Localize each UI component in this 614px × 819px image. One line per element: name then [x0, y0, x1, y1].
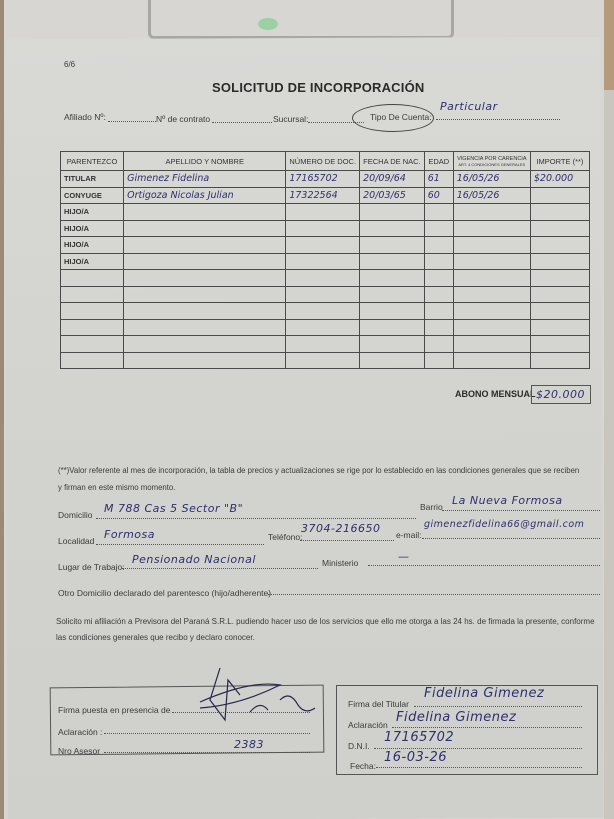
cell-importe[interactable]: [530, 237, 589, 254]
domicilio-field[interactable]: [96, 518, 416, 519]
cell-parentezco: [61, 336, 124, 353]
localidad-label: Localidad: [58, 536, 94, 546]
cell-parentezco: [61, 303, 124, 320]
cell-nombre[interactable]: [124, 352, 286, 369]
ministerio-field[interactable]: [368, 565, 600, 566]
cell-vigencia[interactable]: [453, 220, 530, 237]
dni-field[interactable]: [374, 748, 582, 749]
cell-nombre[interactable]: [124, 319, 286, 336]
cell-importe[interactable]: [530, 336, 589, 353]
declaration-line-2: las condiciones generales que recibo y d…: [56, 633, 255, 642]
cell-edad[interactable]: [424, 237, 453, 254]
cell-nombre[interactable]: Gimenez Fidelina: [124, 171, 286, 188]
cell-nombre[interactable]: Ortigoza Nicolas Julian: [124, 187, 286, 204]
titular-aclaracion-field[interactable]: [392, 727, 582, 728]
table-row: [61, 319, 590, 336]
cell-edad[interactable]: [424, 270, 453, 287]
table-row: [61, 336, 590, 353]
telefono-label: Teléfono:: [268, 532, 303, 542]
cell-vigencia[interactable]: [453, 204, 530, 221]
cell-doc[interactable]: [286, 204, 360, 221]
localidad-value: Formosa: [104, 528, 155, 541]
table-row: HIJO/A: [61, 253, 590, 270]
fecha-field[interactable]: [376, 767, 582, 768]
cell-fecha_nac[interactable]: [360, 319, 425, 336]
trabajo-label: Lugar de Trabajo:: [58, 562, 125, 572]
otro-domicilio-field[interactable]: [268, 594, 600, 595]
note-line-1: (**)Valor referente al mes de incorporac…: [58, 466, 579, 475]
cell-nombre[interactable]: [124, 204, 286, 221]
cell-doc[interactable]: [286, 303, 360, 320]
cell-fecha_nac[interactable]: 20/09/64: [360, 171, 425, 188]
col-edad: EDAD: [424, 152, 453, 171]
cell-edad[interactable]: [424, 336, 453, 353]
cell-nombre[interactable]: [124, 270, 286, 287]
afiliado-label: Afiliado Nº:: [64, 112, 106, 122]
cell-fecha_nac[interactable]: [360, 286, 425, 303]
domicilio-label: Domicilio: [58, 510, 92, 520]
cell-edad[interactable]: 61: [424, 171, 453, 188]
cell-doc[interactable]: 17322564: [286, 187, 360, 204]
tipo-cuenta-value: Particular: [440, 100, 498, 113]
cell-parentezco: HIJO/A: [61, 204, 124, 221]
cell-doc[interactable]: 17165702: [286, 171, 360, 188]
dni-value: 17165702: [384, 730, 454, 745]
cell-parentezco: [61, 270, 124, 287]
cell-vigencia[interactable]: [453, 352, 530, 369]
cell-importe[interactable]: [530, 253, 589, 270]
tipo-cuenta-label: Tipo De Cuenta:: [370, 112, 432, 122]
cell-vigencia[interactable]: [453, 270, 530, 287]
titular-aclaracion-value: Fidelina Gimenez: [396, 710, 516, 725]
dni-label: D.N.I.: [348, 741, 370, 751]
sucursal-label: Sucursal:: [273, 114, 308, 124]
titular-firma-label: Firma del Titular: [348, 699, 409, 709]
cell-edad[interactable]: [424, 352, 453, 369]
cell-nombre[interactable]: [124, 237, 286, 254]
tipo-cuenta-field[interactable]: [436, 119, 560, 120]
family-table: PARENTEZCO APELLIDO Y NOMBRE NÚMERO DE D…: [60, 151, 590, 369]
nro-asesor-value: 2383: [234, 738, 264, 751]
cell-importe[interactable]: [530, 303, 589, 320]
cell-doc[interactable]: [286, 319, 360, 336]
table-row: HIJO/A: [61, 237, 590, 254]
trabajo-value: Pensionado Nacional: [132, 553, 256, 566]
table-row: CONYUGEOrtigoza Nicolas Julian1732256420…: [61, 187, 590, 204]
cell-edad[interactable]: [424, 319, 453, 336]
cell-nombre[interactable]: [124, 303, 286, 320]
cell-doc[interactable]: [286, 336, 360, 353]
cell-importe[interactable]: [530, 352, 589, 369]
table-row: [61, 270, 590, 287]
page-title: SOLICITUD DE INCORPORACIÓN: [212, 80, 424, 95]
cell-fecha_nac[interactable]: [360, 352, 425, 369]
cell-fecha_nac[interactable]: [360, 303, 425, 320]
cell-vigencia[interactable]: [453, 336, 530, 353]
col-doc: NÚMERO DE DOC.: [286, 152, 360, 171]
cell-vigencia[interactable]: [453, 237, 530, 254]
cell-nombre[interactable]: [124, 336, 286, 353]
cell-importe[interactable]: [530, 270, 589, 287]
table-row: HIJO/A: [61, 204, 590, 221]
cell-parentezco: [61, 286, 124, 303]
cell-importe[interactable]: [530, 220, 589, 237]
cell-parentezco: [61, 352, 124, 369]
cell-doc[interactable]: [286, 220, 360, 237]
titular-firma-field[interactable]: [414, 706, 582, 707]
email-field[interactable]: [422, 538, 600, 539]
otro-domicilio-label: Otro Domicilio declarado del parentesco …: [58, 588, 271, 598]
nro-asesor-label: Nro Asesor: [58, 746, 100, 756]
col-nombre: APELLIDO Y NOMBRE: [124, 152, 286, 171]
trabajo-field[interactable]: [122, 568, 318, 569]
cell-parentezco: HIJO/A: [61, 253, 124, 270]
asesor-signature: [180, 660, 320, 730]
table-row: [61, 303, 590, 320]
cell-vigencia[interactable]: [453, 253, 530, 270]
titular-firma-value: Fidelina Gimenez: [424, 686, 544, 701]
cell-fecha_nac[interactable]: [360, 336, 425, 353]
cell-importe[interactable]: [530, 187, 589, 204]
email-label: e-mail:: [396, 530, 422, 540]
cell-edad[interactable]: [424, 220, 453, 237]
cell-fecha_nac[interactable]: 20/03/65: [360, 187, 425, 204]
table-row: [61, 352, 590, 369]
cell-parentezco: HIJO/A: [61, 237, 124, 254]
cell-parentezco: [61, 319, 124, 336]
cell-importe[interactable]: [530, 319, 589, 336]
clip-stamp-icon: [258, 18, 278, 30]
telefono-value: 3704-216650: [301, 522, 380, 535]
localidad-field[interactable]: [96, 544, 264, 545]
col-fecha-nac: FECHA DE NAC.: [360, 152, 425, 171]
cell-nombre[interactable]: [124, 253, 286, 270]
cell-importe[interactable]: [530, 286, 589, 303]
cell-vigencia[interactable]: 16/05/26: [453, 171, 530, 188]
afiliado-field[interactable]: [108, 121, 156, 122]
col-parentezco: PARENTEZCO: [61, 152, 124, 171]
cell-importe[interactable]: [530, 204, 589, 221]
contrato-label: Nº de contrato: [156, 114, 210, 124]
cell-fecha_nac[interactable]: [360, 253, 425, 270]
cell-doc[interactable]: [286, 237, 360, 254]
table-row: [61, 286, 590, 303]
cell-edad[interactable]: [424, 204, 453, 221]
cell-doc[interactable]: [286, 270, 360, 287]
page-number: 6/6: [64, 60, 75, 69]
cell-edad[interactable]: [424, 286, 453, 303]
cell-nombre[interactable]: [124, 286, 286, 303]
cell-vigencia[interactable]: [453, 286, 530, 303]
table-row: HIJO/A: [61, 220, 590, 237]
clipboard-clip: [148, 0, 454, 39]
barrio-value: La Nueva Formosa: [452, 494, 563, 507]
col-vigencia-subtitle: ART. 4 CONDICIONES GENERALES: [457, 162, 527, 167]
table-row: TITULARGimenez Fidelina1716570220/09/646…: [61, 171, 590, 188]
cell-edad[interactable]: 60: [424, 187, 453, 204]
col-vigencia-title: VIGENCIA POR CARENCIA: [457, 156, 526, 162]
cell-doc[interactable]: [286, 352, 360, 369]
asesor-firma-label: Firma puesta en presencia de: [58, 705, 170, 715]
cell-parentezco: CONYUGE: [61, 187, 124, 204]
nro-asesor-field[interactable]: [104, 752, 310, 753]
cell-edad[interactable]: [424, 303, 453, 320]
cell-nombre[interactable]: [124, 220, 286, 237]
abono-mensual-value: $20.000: [536, 388, 585, 401]
fecha-label: Fecha:: [350, 761, 376, 771]
cell-edad[interactable]: [424, 253, 453, 270]
ministerio-label: Ministerio: [322, 558, 358, 568]
domicilio-value: M 788 Cas 5 Sector "B": [104, 502, 243, 515]
contrato-field[interactable]: [212, 122, 272, 123]
telefono-field[interactable]: [300, 540, 394, 541]
asesor-aclaracion-field[interactable]: [104, 733, 310, 734]
email-value: gimenezfidelina66@gmail.com: [424, 519, 584, 530]
barrio-field[interactable]: [442, 510, 600, 511]
barrio-label: Barrio: [420, 502, 443, 512]
cell-doc[interactable]: [286, 286, 360, 303]
cell-parentezco: HIJO/A: [61, 220, 124, 237]
titular-aclaracion-label: Aclaración: [348, 720, 388, 730]
cell-fecha_nac[interactable]: [360, 220, 425, 237]
abono-mensual-label: ABONO MENSUAL: [455, 389, 536, 399]
fecha-value: 16-03-26: [384, 750, 447, 765]
col-importe: IMPORTE (**): [530, 152, 589, 171]
declaration-line-1: Solicito mi afiliación a Previsora del P…: [56, 617, 595, 626]
cell-fecha_nac[interactable]: [360, 204, 425, 221]
note-line-2: y firman en este mismo momento.: [58, 483, 175, 492]
cell-vigencia[interactable]: [453, 303, 530, 320]
cell-vigencia[interactable]: [453, 319, 530, 336]
cell-importe[interactable]: $20.000: [530, 171, 589, 188]
cell-parentezco: TITULAR: [61, 171, 124, 188]
col-vigencia: VIGENCIA POR CARENCIAART. 4 CONDICIONES …: [453, 152, 530, 171]
cell-doc[interactable]: [286, 253, 360, 270]
cell-fecha_nac[interactable]: [360, 237, 425, 254]
ministerio-value: —: [398, 550, 410, 563]
cell-fecha_nac[interactable]: [360, 270, 425, 287]
asesor-aclaracion-label: Aclaración :: [58, 727, 102, 737]
cell-vigencia[interactable]: 16/05/26: [453, 187, 530, 204]
